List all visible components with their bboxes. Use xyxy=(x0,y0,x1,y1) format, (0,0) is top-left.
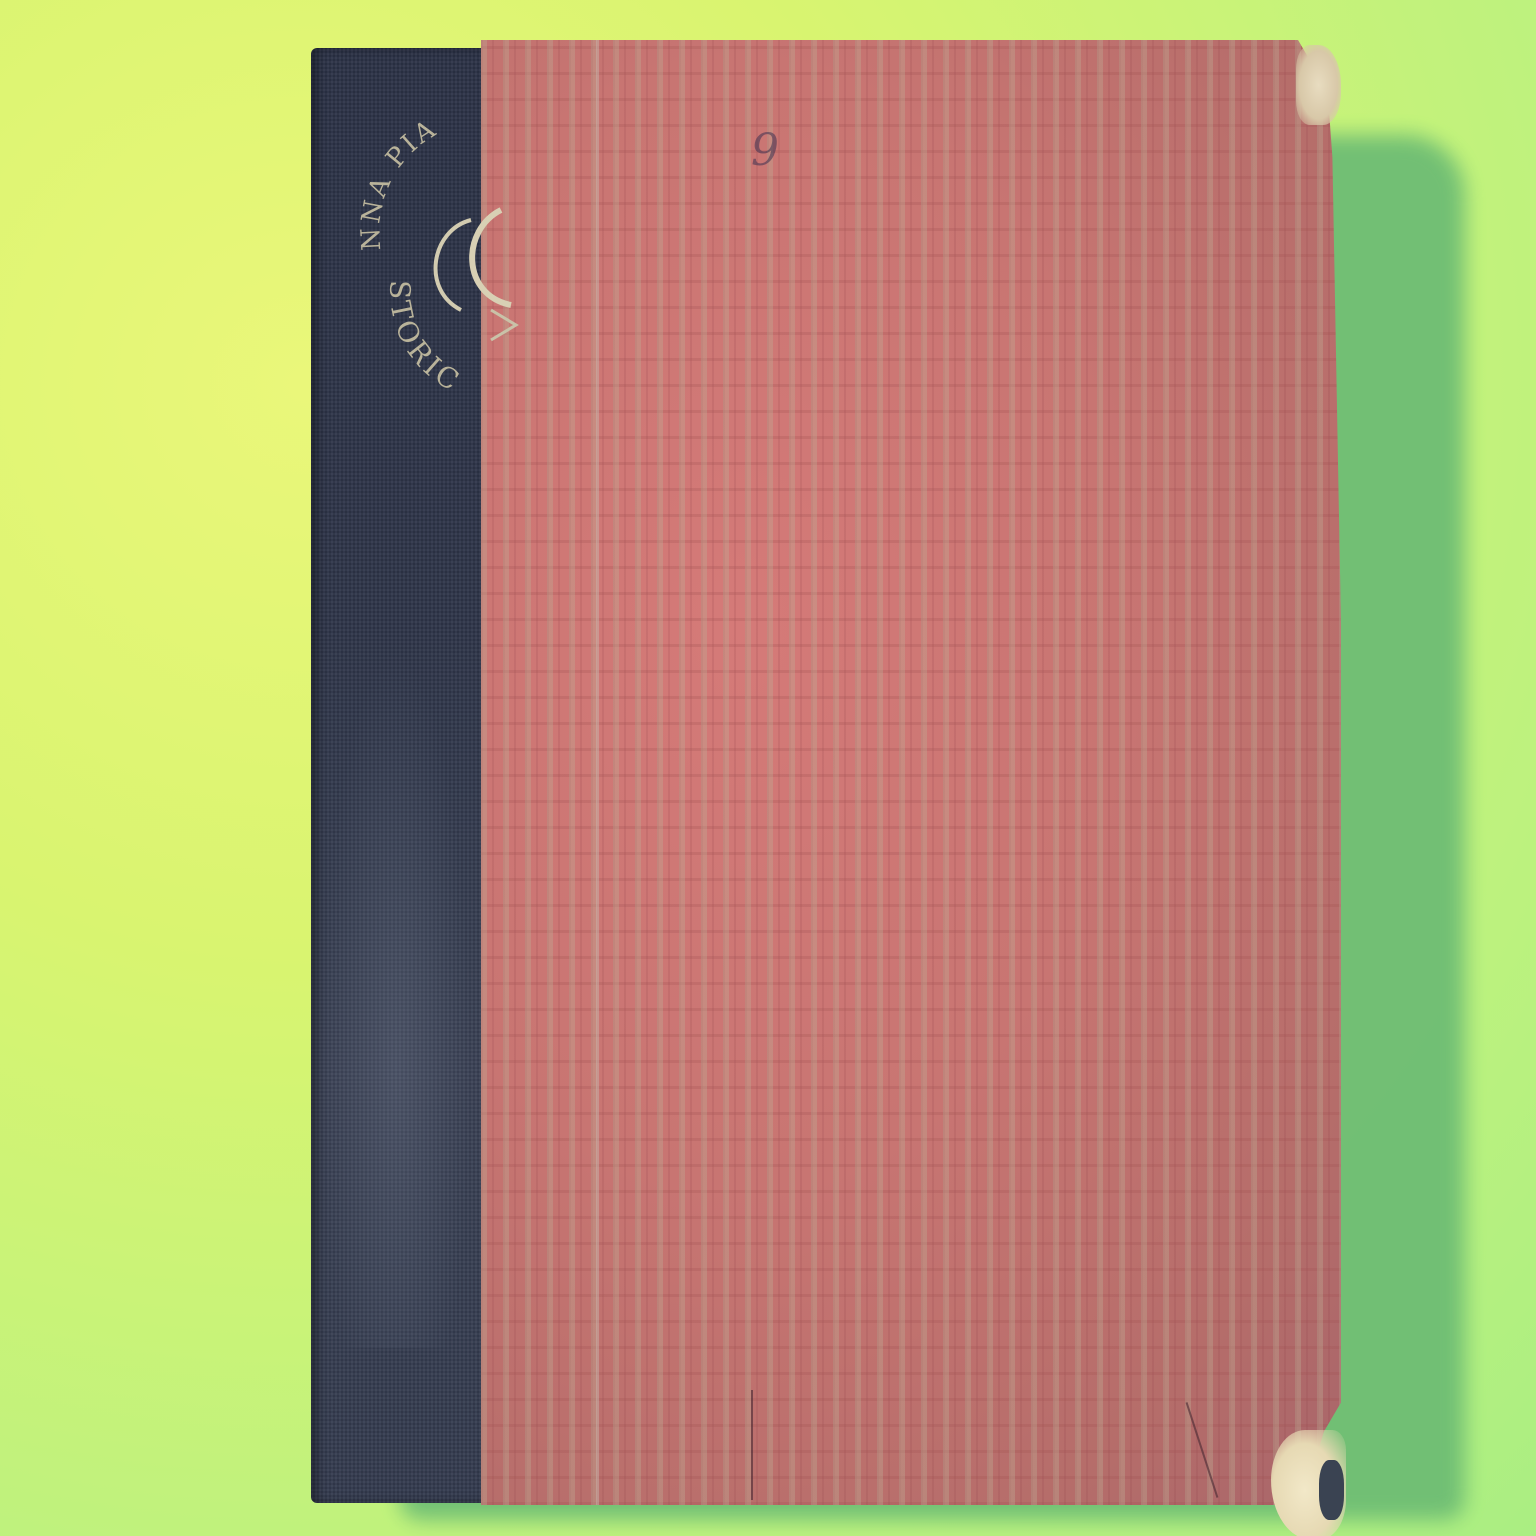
cover-crack xyxy=(1186,1402,1219,1498)
svg-text:NNA PIA: NNA PIA xyxy=(356,113,443,251)
corner-wear-top xyxy=(1296,45,1341,125)
gilt-emblem-icon: NNA PIA STORIC xyxy=(351,80,611,400)
emblem-text-bottom: STORIC xyxy=(383,280,468,399)
photo-scene: NNA PIA STORIC 9 xyxy=(0,0,1536,1536)
book: NNA PIA STORIC 9 xyxy=(311,40,1341,1505)
pencil-mark: 9 xyxy=(751,125,779,176)
cover-crack xyxy=(751,1390,753,1500)
emblem-text-top: NNA PIA xyxy=(356,113,443,251)
spine-wear xyxy=(321,648,471,1348)
svg-text:STORIC: STORIC xyxy=(383,280,468,399)
exposed-board-bottom xyxy=(1319,1460,1344,1520)
